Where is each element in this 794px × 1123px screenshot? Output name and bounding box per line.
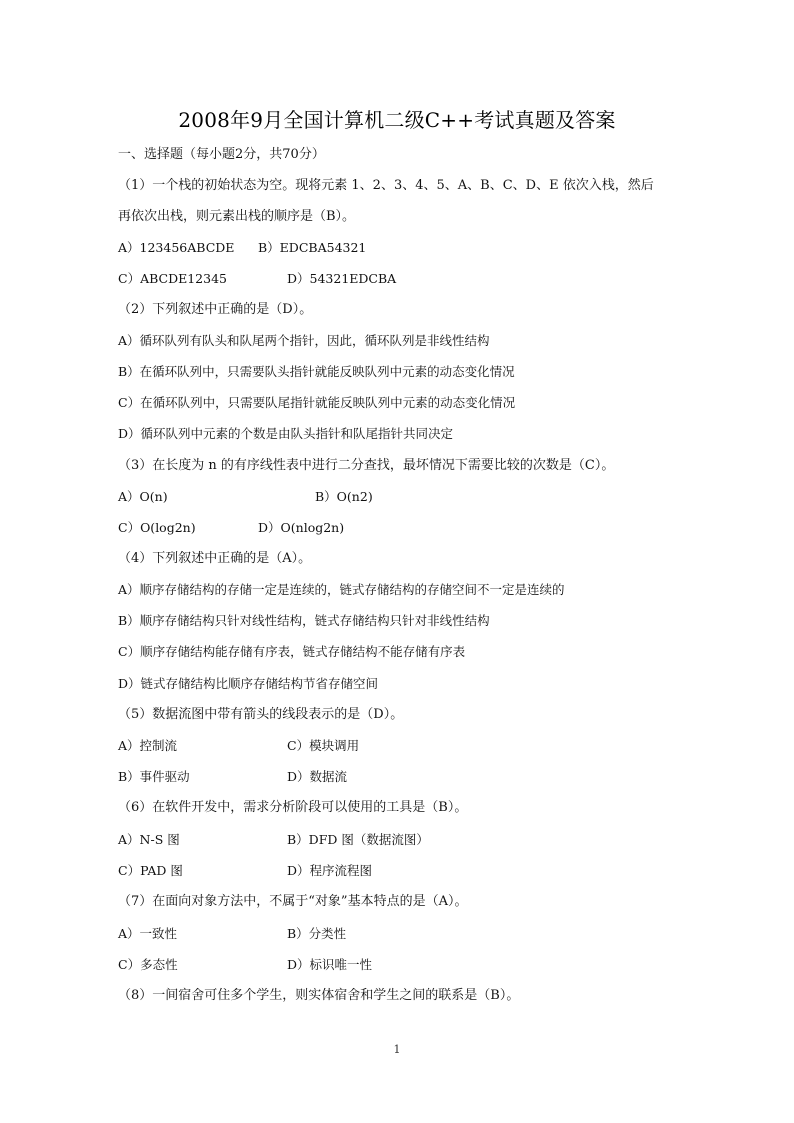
question-1-option-a: A）123456ABCDE: [118, 240, 234, 256]
question-5-stem: （5）数据流图中带有箭头的线段表示的是（D）。: [118, 707, 403, 723]
page-number: 1: [0, 1043, 794, 1056]
question-5-option-a: A）控制流: [118, 738, 177, 754]
question-3-option-c: C）O(log2n): [118, 520, 196, 536]
question-3-option-a: A）O(n): [118, 489, 168, 505]
question-3-stem: （3）在长度为 n 的有序线性表中进行二分查找，最坏情况下需要比较的次数是（C）…: [118, 458, 614, 474]
question-7-stem: （7）在面向对象方法中，不属于“对象”基本特点的是（A）。: [118, 894, 467, 910]
question-7-option-a: A）一致性: [118, 926, 177, 942]
question-6-option-c: C）PAD 图: [118, 863, 183, 879]
question-3-option-b: B）O(n2): [315, 489, 373, 505]
question-7-option-b: B）分类性: [287, 926, 346, 942]
question-2-option-b: B）在循环队列中，只需要队头指针就能反映队列中元素的动态变化情况: [118, 364, 515, 380]
question-6-option-a: A）N-S 图: [118, 832, 180, 848]
question-6-stem: （6）在软件开发中，需求分析阶段可以使用的工具是（B）。: [118, 800, 467, 816]
question-6-option-b: B）DFD 图（数据流图）: [287, 832, 429, 848]
question-2-option-d: D）循环队列中元素的个数是由队头指针和队尾指针共同决定: [118, 426, 453, 442]
question-7-option-d: D）标识唯一性: [287, 957, 372, 973]
question-6-option-d: D）程序流程图: [287, 863, 372, 879]
question-8-stem: （8）一间宿舍可住多个学生，则实体宿舍和学生之间的联系是（B）。: [118, 988, 519, 1004]
document-title: 2008年9月全国计算机二级C++考试真题及答案: [0, 104, 794, 133]
question-5-option-b: B）事件驱动: [118, 769, 190, 785]
question-4-option-b: B）顺序存储结构只针对线性结构，链式存储结构只针对非线性结构: [118, 613, 490, 629]
question-5-option-d: D）数据流: [287, 769, 347, 785]
section-heading: 一、选择题（每小题2分，共70分）: [118, 147, 325, 163]
question-1-option-d: D）54321EDCBA: [287, 271, 396, 287]
question-4-stem: （4）下列叙述中正确的是（A）。: [118, 551, 311, 567]
question-1-option-b: B）EDCBA54321: [258, 240, 366, 256]
question-2-stem: （2）下列叙述中正确的是（D）。: [118, 302, 312, 318]
document-page: 2008年9月全国计算机二级C++考试真题及答案 一、选择题（每小题2分，共70…: [0, 0, 794, 1123]
question-5-option-c: C）模块调用: [287, 738, 359, 754]
question-4-option-c: C）顺序存储结构能存储有序表，链式存储结构不能存储有序表: [118, 644, 465, 660]
question-7-option-c: C）多态性: [118, 957, 178, 973]
question-1-stem-line-1: （1）一个栈的初始状态为空。现将元素 1、2、3、4、5、A、B、C、D、E 依…: [118, 178, 654, 194]
question-4-option-d: D）链式存储结构比顺序存储结构节省存储空间: [118, 676, 378, 692]
question-2-option-a: A）循环队列有队头和队尾两个指针，因此，循环队列是非线性结构: [118, 333, 490, 349]
question-1-option-c: C）ABCDE12345: [118, 271, 227, 287]
question-1-stem-line-2: 再依次出栈，则元素出栈的顺序是（B）。: [118, 209, 355, 225]
question-2-option-c: C）在循环队列中，只需要队尾指针就能反映队列中元素的动态变化情况: [118, 395, 515, 411]
question-4-option-a: A）顺序存储结构的存储一定是连续的，链式存储结构的存储空间不一定是连续的: [118, 582, 565, 598]
question-3-option-d: D）O(nlog2n): [258, 520, 344, 536]
